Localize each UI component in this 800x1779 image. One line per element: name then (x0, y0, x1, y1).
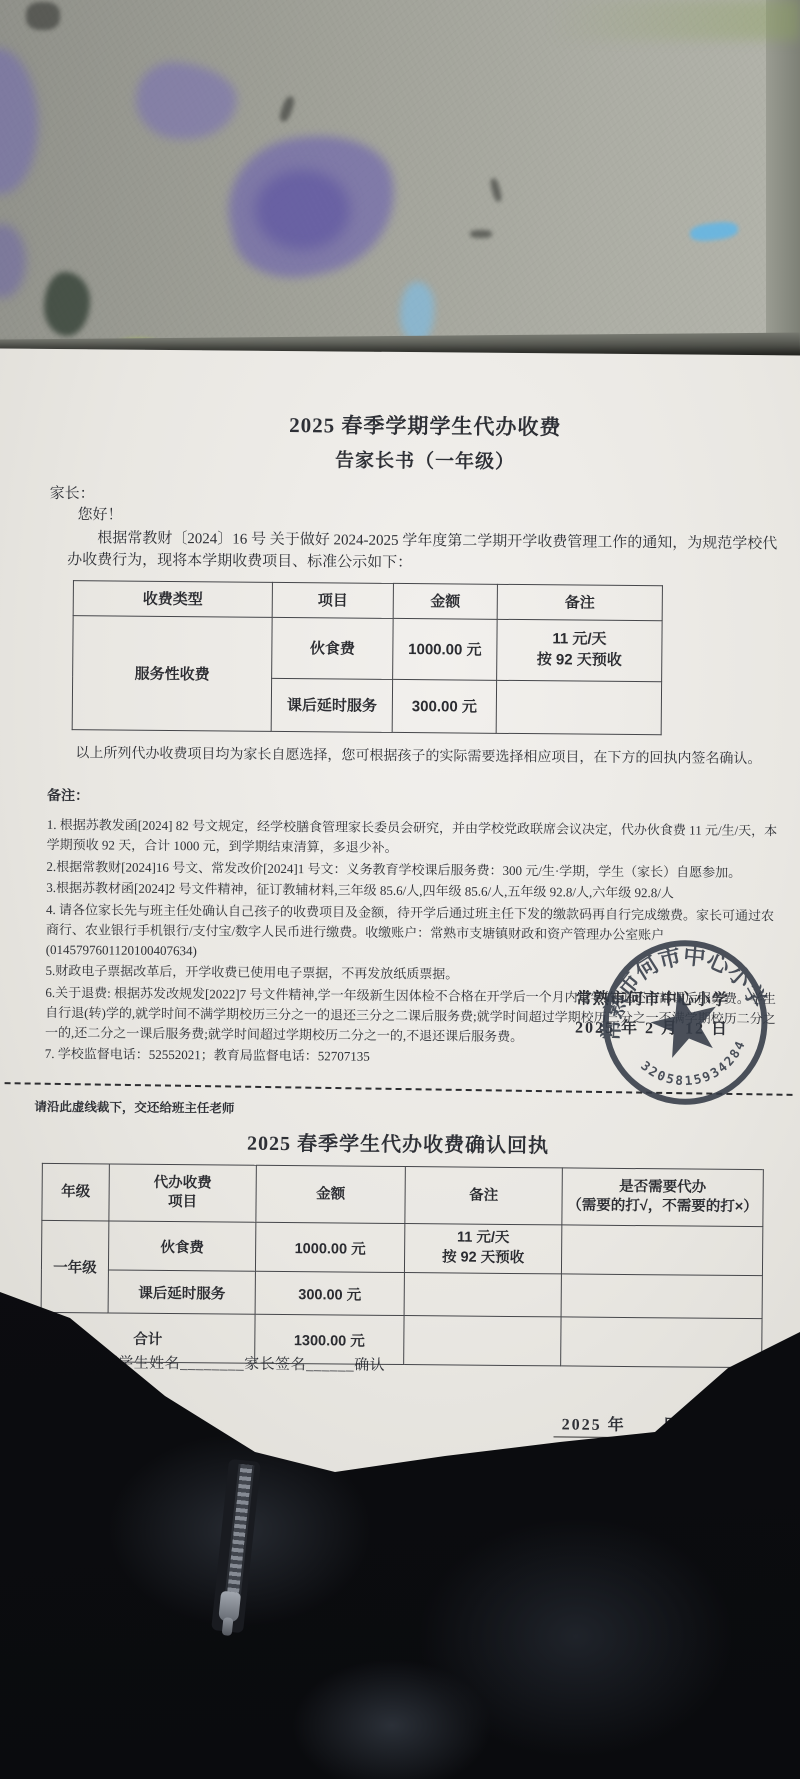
notice-subtitle: 告家长书（一年级） (78, 443, 772, 476)
stamp-code: 3205815934284 (636, 1034, 756, 1099)
signature-blank: ________ (180, 1356, 244, 1373)
header-line: （需要的打√，不需要的打×） (566, 1196, 758, 1217)
cell-item: 伙食费 (272, 617, 394, 679)
cell-need-checkbox-area (561, 1317, 762, 1368)
header-amount: 金额 (393, 583, 497, 619)
header-note: 备注 (405, 1167, 562, 1225)
cell-note (496, 680, 661, 734)
stamp-star-icon (645, 983, 725, 1061)
wall-scuff-mark (470, 230, 492, 238)
note-line: 11 元/天 (409, 1229, 557, 1250)
signature-label-confirm: 确认 (354, 1358, 385, 1374)
header-line: 是否需要代办 (567, 1178, 759, 1199)
green-paint-smear (550, 0, 800, 40)
cell-amount: 300.00 元 (255, 1271, 404, 1315)
zipper-pull (222, 1617, 234, 1636)
header-grade: 年级 (42, 1163, 109, 1221)
purple-paint-blob (131, 57, 241, 146)
cell-item: 伙食费 (108, 1221, 255, 1271)
purple-paint-blob (0, 224, 26, 298)
wall-scuff-mark (26, 2, 60, 30)
notice-title: 2025 春季学期学生代办收费 (78, 407, 772, 443)
header-amount: 金额 (256, 1165, 405, 1223)
note-line: 按 92 天预收 (409, 1248, 557, 1269)
cell-amount: 1000.00 元 (393, 618, 498, 680)
header-line: 代办收费 (114, 1174, 252, 1194)
cell-note: 11 元/天 按 92 天预收 (404, 1224, 561, 1274)
header-item: 代办收费 项目 (109, 1164, 256, 1222)
svg-text:3205815934284: 3205815934284 (636, 1034, 756, 1099)
header-line: 项目 (113, 1193, 251, 1213)
purple-paint-blob (0, 48, 38, 194)
receipt-header-row: 年级 代办收费 项目 金额 备注 是否需要代办 （需要的打√，不需要的打×） (42, 1163, 763, 1226)
cell-amount: 1000.00 元 (255, 1222, 404, 1272)
cell-amount: 300.00 元 (392, 679, 496, 733)
blue-paint-streak (400, 282, 434, 342)
receipt-table: 年级 代办收费 项目 金额 备注 是否需要代办 （需要的打√，不需要的打×） 一… (40, 1163, 764, 1368)
header-need: 是否需要代办 （需要的打√，不需要的打×） (562, 1168, 763, 1227)
cell-need-checkbox-area (561, 1225, 762, 1276)
receipt-row-afterschool: 课后延时服务 300.00 元 (41, 1269, 762, 1318)
fee-notice-paper: 2025 春季学期学生代办收费 告家长书（一年级） 家长： 您好！ 根据常教财〔… (0, 348, 800, 1495)
cell-fee-category: 服务性收费 (72, 615, 272, 731)
blue-paint-streak (689, 220, 739, 243)
concrete-edge-strip (766, 0, 800, 368)
header-fee-type: 收费类型 (73, 580, 272, 617)
voluntary-note: 以上所列代办收费项目均为家长自愿选择，您可根据孩子的实际需要选择相应项目，在下方… (47, 743, 789, 769)
note-line: 按 92 天预收 (501, 649, 657, 671)
note-line: 11 元/天 (501, 629, 657, 651)
photo-of-fee-notice: 2025 春季学期学生代办收费 告家长书（一年级） 家长： 您好！ 根据常教财〔… (0, 0, 800, 1779)
receipt-row-meal: 一年级 伙食费 1000.00 元 11 元/天 按 92 天预收 (41, 1220, 762, 1275)
fee-table: 收费类型 项目 金额 备注 服务性收费 伙食费 1000.00 元 11 元/天… (72, 580, 663, 735)
cell-need-checkbox-area (561, 1274, 762, 1319)
wall-scuff-mark (278, 95, 296, 123)
cell-note: 11 元/天 按 92 天预收 (497, 619, 663, 681)
signature-label-parent: 家长签名 (244, 1357, 306, 1374)
cell-item: 课后延时服务 (108, 1270, 255, 1314)
purple-paint-blob (255, 170, 350, 250)
receipt-title: 2025 春季学生代办收费确认回执 (0, 1124, 800, 1160)
cell-item: 课后延时服务 (271, 678, 392, 732)
header-note: 备注 (497, 584, 662, 620)
wall-scuff-mark (489, 177, 503, 202)
cell-grade: 一年级 (41, 1220, 109, 1313)
cell-note (404, 1316, 561, 1366)
intro-paragraph: 根据常教财〔2024〕16 号 关于做好 2024-2025 学年度第二学期开学… (67, 528, 785, 578)
signature-blank: ______ (306, 1357, 354, 1373)
fee-row-meal: 服务性收费 伙食费 1000.00 元 11 元/天 按 92 天预收 (73, 615, 663, 681)
remark-item: 1. 根据苏教发函[2024] 82 号文规定，经学校膳食管理家长委员会研究，并… (47, 815, 787, 861)
header-item: 项目 (272, 582, 393, 618)
cut-instruction: 请沿此虚线裁下，交还给班主任老师 (34, 1097, 234, 1117)
receipt-table-wrap: 年级 代办收费 项目 金额 备注 是否需要代办 （需要的打√，不需要的打×） 一… (40, 1163, 764, 1368)
remarks-label: 备注： (47, 785, 769, 811)
cell-note (404, 1273, 561, 1317)
fee-table-header-row: 收费类型 项目 金额 备注 (73, 580, 662, 620)
dark-paint-blob (44, 272, 90, 336)
